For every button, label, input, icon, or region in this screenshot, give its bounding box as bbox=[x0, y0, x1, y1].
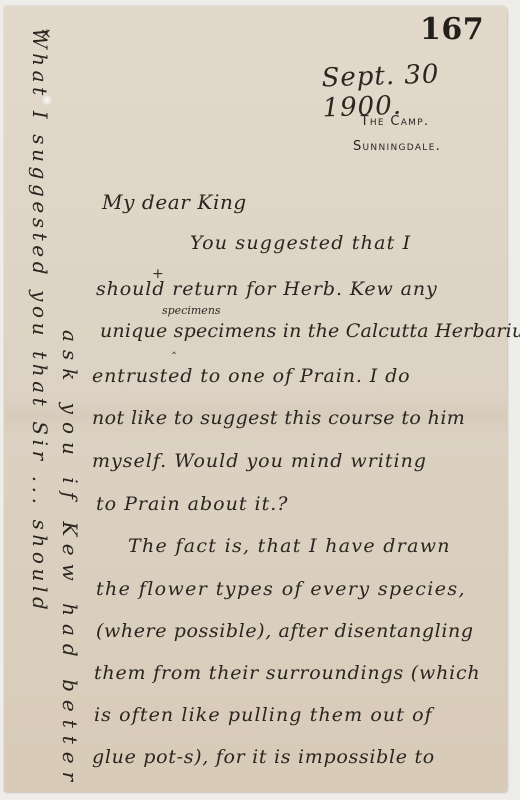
body-line-10: (where possible), after disentangling bbox=[96, 620, 474, 642]
body-line-9: the flower types of every species, bbox=[96, 578, 466, 600]
body-line-12: is often like pulling them out of bbox=[94, 704, 433, 726]
body-line-13: glue pot-s), for it is impossible to bbox=[92, 746, 435, 768]
margin-note-outer-column: What I suggested you that Sir ... should bbox=[28, 28, 52, 614]
margin-note-inner-column: ask you if Kew had better bbox=[58, 330, 82, 789]
body-line-1: You suggested that I bbox=[190, 232, 411, 254]
body-line-11: them from their surroundings (which bbox=[94, 662, 480, 684]
salutation: My dear King bbox=[102, 190, 247, 214]
letterhead-line-2: Sunningdale. bbox=[326, 139, 468, 154]
body-line-7: to Prain about it.? bbox=[96, 493, 288, 515]
body-line-3: unique specimens in the Calcutta Herbari… bbox=[100, 320, 520, 342]
body-line-6: myself. Would you mind writing bbox=[92, 450, 427, 472]
body-line-2: should return for Herb. Kew any bbox=[96, 278, 438, 300]
body-line-5: not like to suggest this course to him bbox=[92, 407, 465, 429]
folio-number: 167 bbox=[420, 12, 484, 47]
insertion-caret: ‸ bbox=[172, 340, 176, 354]
letterhead-line-1: The Camp. bbox=[330, 114, 460, 129]
interlinear-insertion: specimens bbox=[162, 304, 221, 317]
body-line-8: The fact is, that I have drawn bbox=[128, 535, 451, 557]
body-line-4: entrusted to one of Prain. I do bbox=[92, 365, 411, 387]
